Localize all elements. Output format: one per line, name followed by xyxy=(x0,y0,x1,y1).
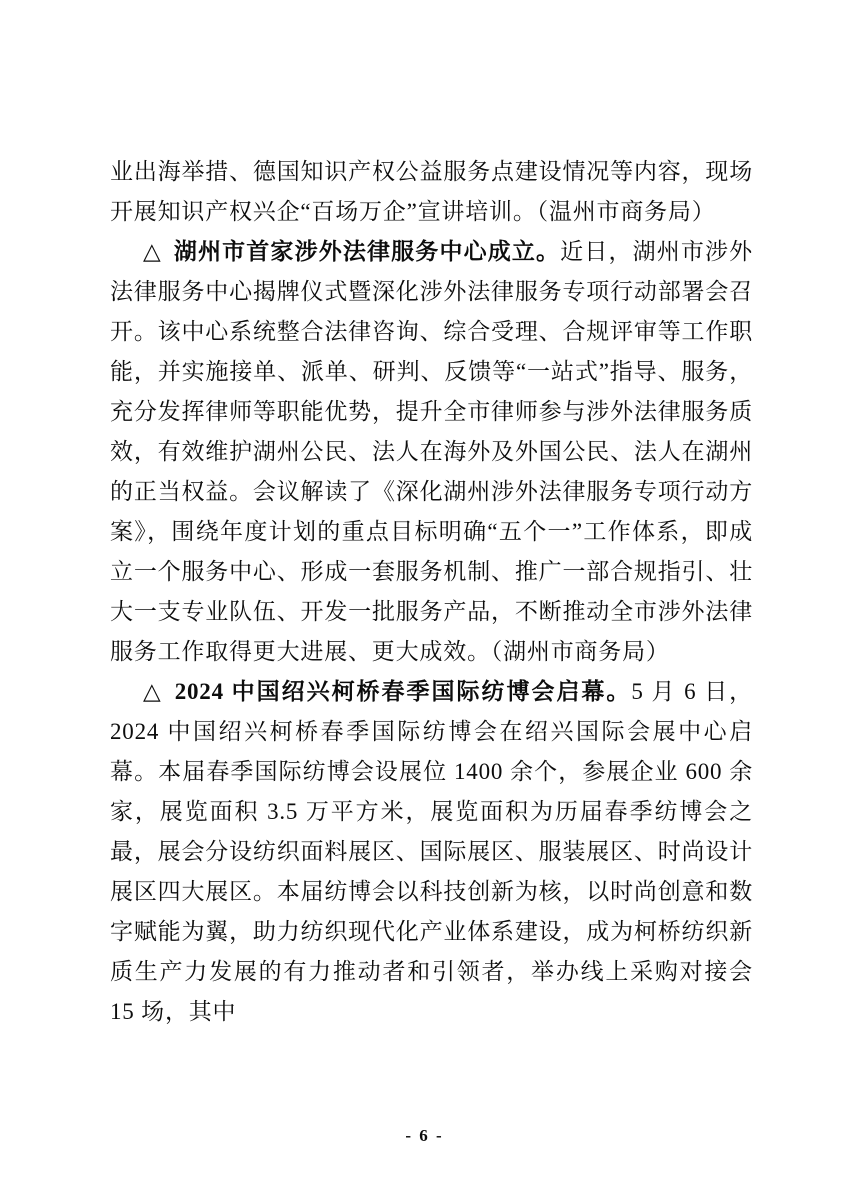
news-item-body: 5 月 6 日，2024 中国绍兴柯桥春季国际纺博会在绍兴国际会展中心启幕。本届… xyxy=(110,679,753,1024)
document-page: 业出海举措、德国知识产权公益服务点建设情况等内容，现场开展知识产权兴企“百场万企… xyxy=(0,0,849,1200)
news-item-title: 湖州市首家涉外法律服务中心成立。 xyxy=(174,239,560,264)
triangle-bullet-icon: △ xyxy=(143,239,162,264)
document-body: 业出海举措、德国知识产权公益服务点建设情况等内容，现场开展知识产权兴企“百场万企… xyxy=(110,152,753,1032)
paragraph-continuation: 业出海举措、德国知识产权公益服务点建设情况等内容，现场开展知识产权兴企“百场万企… xyxy=(110,152,753,232)
news-item-keqiao: △2024 中国绍兴柯桥春季国际纺博会启幕。5 月 6 日，2024 中国绍兴柯… xyxy=(110,672,753,1032)
page-footer: - 6 - xyxy=(0,1126,849,1146)
news-item-huzhou: △湖州市首家涉外法律服务中心成立。近日，湖州市涉外法律服务中心揭牌仪式暨深化涉外… xyxy=(110,232,753,672)
paragraph-continuation-text: 业出海举措、德国知识产权公益服务点建设情况等内容，现场开展知识产权兴企“百场万企… xyxy=(110,159,753,224)
news-item-title: 2024 中国绍兴柯桥春季国际纺博会启幕。 xyxy=(175,679,632,704)
news-item-body: 近日，湖州市涉外法律服务中心揭牌仪式暨深化涉外法律服务专项行动部署会召开。该中心… xyxy=(110,239,753,664)
page-number: - 6 - xyxy=(405,1126,443,1145)
triangle-bullet-icon: △ xyxy=(143,679,163,704)
